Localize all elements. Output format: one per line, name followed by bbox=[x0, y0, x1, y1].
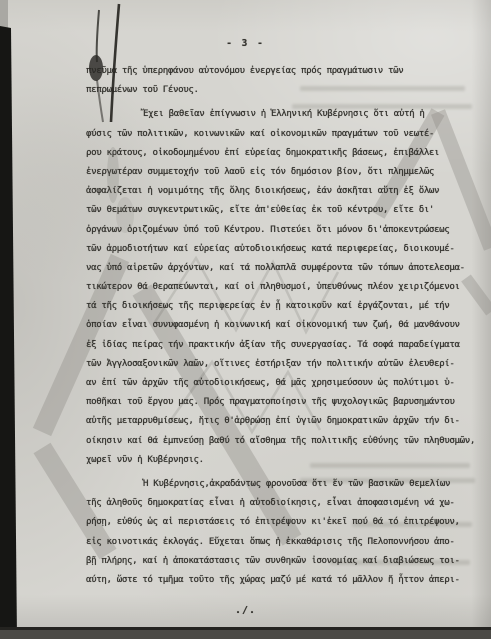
text-line: ὁποίαν εἶναι συνυφασμένη ἡ κοινωνική καί… bbox=[86, 316, 478, 335]
text-line: τῶν θεμάτων συγκεντρωτικῶς, εἴτε ἀπ'εὐθε… bbox=[86, 201, 478, 220]
text-line: αύτη, ὥστε τό τμῆμα τοῦτο τῆς χώρας μαζύ… bbox=[86, 571, 478, 590]
paragraph: πνεῦμα τῆς ὑπερηφάνου αὐτονόμου ἐνεργεία… bbox=[86, 62, 478, 100]
text-line: τά τῆς διοικήσεως τῆς περιφερείας ἐν ᾗ κ… bbox=[86, 297, 478, 316]
text-line: ἀσφαλίζεται ἡ νομιμότης τῆς ὅλης διοικήσ… bbox=[86, 182, 478, 201]
text-line: πνεῦμα τῆς ὑπερηφάνου αὐτονόμου ἐνεργεία… bbox=[86, 62, 478, 81]
text-line: Ἡ Κυβέρνησις,ἀκραδάντως φρονοῦσα ὅτι ἕν … bbox=[86, 475, 478, 494]
text-line: τῶν ἁρμοδιοτήτων καί εὐρείας αὐτοδιοικήσ… bbox=[86, 240, 478, 259]
text-line: τῆς ἀληθοῦς δημοκρατίας εἶναι ἡ αὐτοδιοί… bbox=[86, 494, 478, 513]
text-line: ὀργάνων ὁριζομένων ὑπό τοῦ Κέντρου. Πιστ… bbox=[86, 221, 478, 240]
text-line: πεπρωμένων τοῦ Γένους. bbox=[86, 81, 478, 100]
text-line: ἐνεργωτέραν συμμετοχήν τοῦ λαοῦ εἰς τόν … bbox=[86, 163, 478, 182]
text-line: ἐξ ἰδίας πείρας τήν πρακτικήν ἀξίαν τῆς … bbox=[86, 336, 478, 355]
text-line: τῶν Ἀγγλοσαξονικῶν λαῶν, οἵτινες ἐστήριξ… bbox=[86, 355, 478, 374]
document-body: πνεῦμα τῆς ὑπερηφάνου αὐτονόμου ἐνεργεία… bbox=[86, 62, 478, 590]
text-line: φύσις τῶν πολιτικῶν, κοινωνικῶν καί οἰκο… bbox=[86, 125, 478, 144]
text-line: αὐτῆς μεταρρυθμίσεως, ἥτις θ'ἁρθρώσῃ ἐπί… bbox=[86, 412, 478, 431]
text-line: ρου κράτους, οἰκοδομημένου ἐπί εὐρείας δ… bbox=[86, 144, 478, 163]
text-line: Ἔχει βαθεῖαν ἐπίγνωσιν ἡ Ἑλληνική Κυβέρν… bbox=[86, 105, 478, 124]
text-line: ποθῆκαι τοῦ ἔργου μας. Πρός πραγματοποίη… bbox=[86, 393, 478, 412]
page-number: - 3 - bbox=[0, 38, 491, 49]
text-line: ρήσῃ, εὐθύς ὡς αἱ περιστάσεις τό ἐπιτρέψ… bbox=[86, 513, 478, 532]
text-line: βῇ πλήρης, καί ἡ ἀποκατάστασις τῶν συνθη… bbox=[86, 552, 478, 571]
text-line: αν ἐπί τῶν ἀρχῶν τῆς αὐτοδιοικήσεως, θά … bbox=[86, 374, 478, 393]
paragraph: Ἔχει βαθεῖαν ἐπίγνωσιν ἡ Ἑλληνική Κυβέρν… bbox=[86, 105, 478, 470]
text-line: εἰς κοινοτικάς ἐκλογάς. Εὔχεται ὅπως ἡ ἐ… bbox=[86, 533, 478, 552]
text-line: χωρεῖ νῦν ἡ Κυβέρνησις. bbox=[86, 451, 478, 470]
text-line: νας ὑπό αἱρετῶν ἀρχόντων, καί τά πολλαπλ… bbox=[86, 259, 478, 278]
continuation-mark: ./. bbox=[0, 605, 491, 616]
paragraph: Ἡ Κυβέρνησις,ἀκραδάντως φρονοῦσα ὅτι ἕν … bbox=[86, 475, 478, 590]
scanned-document-page: - 3 - πνεῦμα τῆς ὑπερηφάνου αὐτονόμου ἐν… bbox=[0, 0, 491, 639]
text-line: τικώτερον θά θεραπεύωνται, καί οἱ πληθυσ… bbox=[86, 278, 478, 297]
text-line: οίκησιν καί θά ἐμπνεύσῃ βαθύ τό αἴσθημα … bbox=[86, 432, 478, 451]
